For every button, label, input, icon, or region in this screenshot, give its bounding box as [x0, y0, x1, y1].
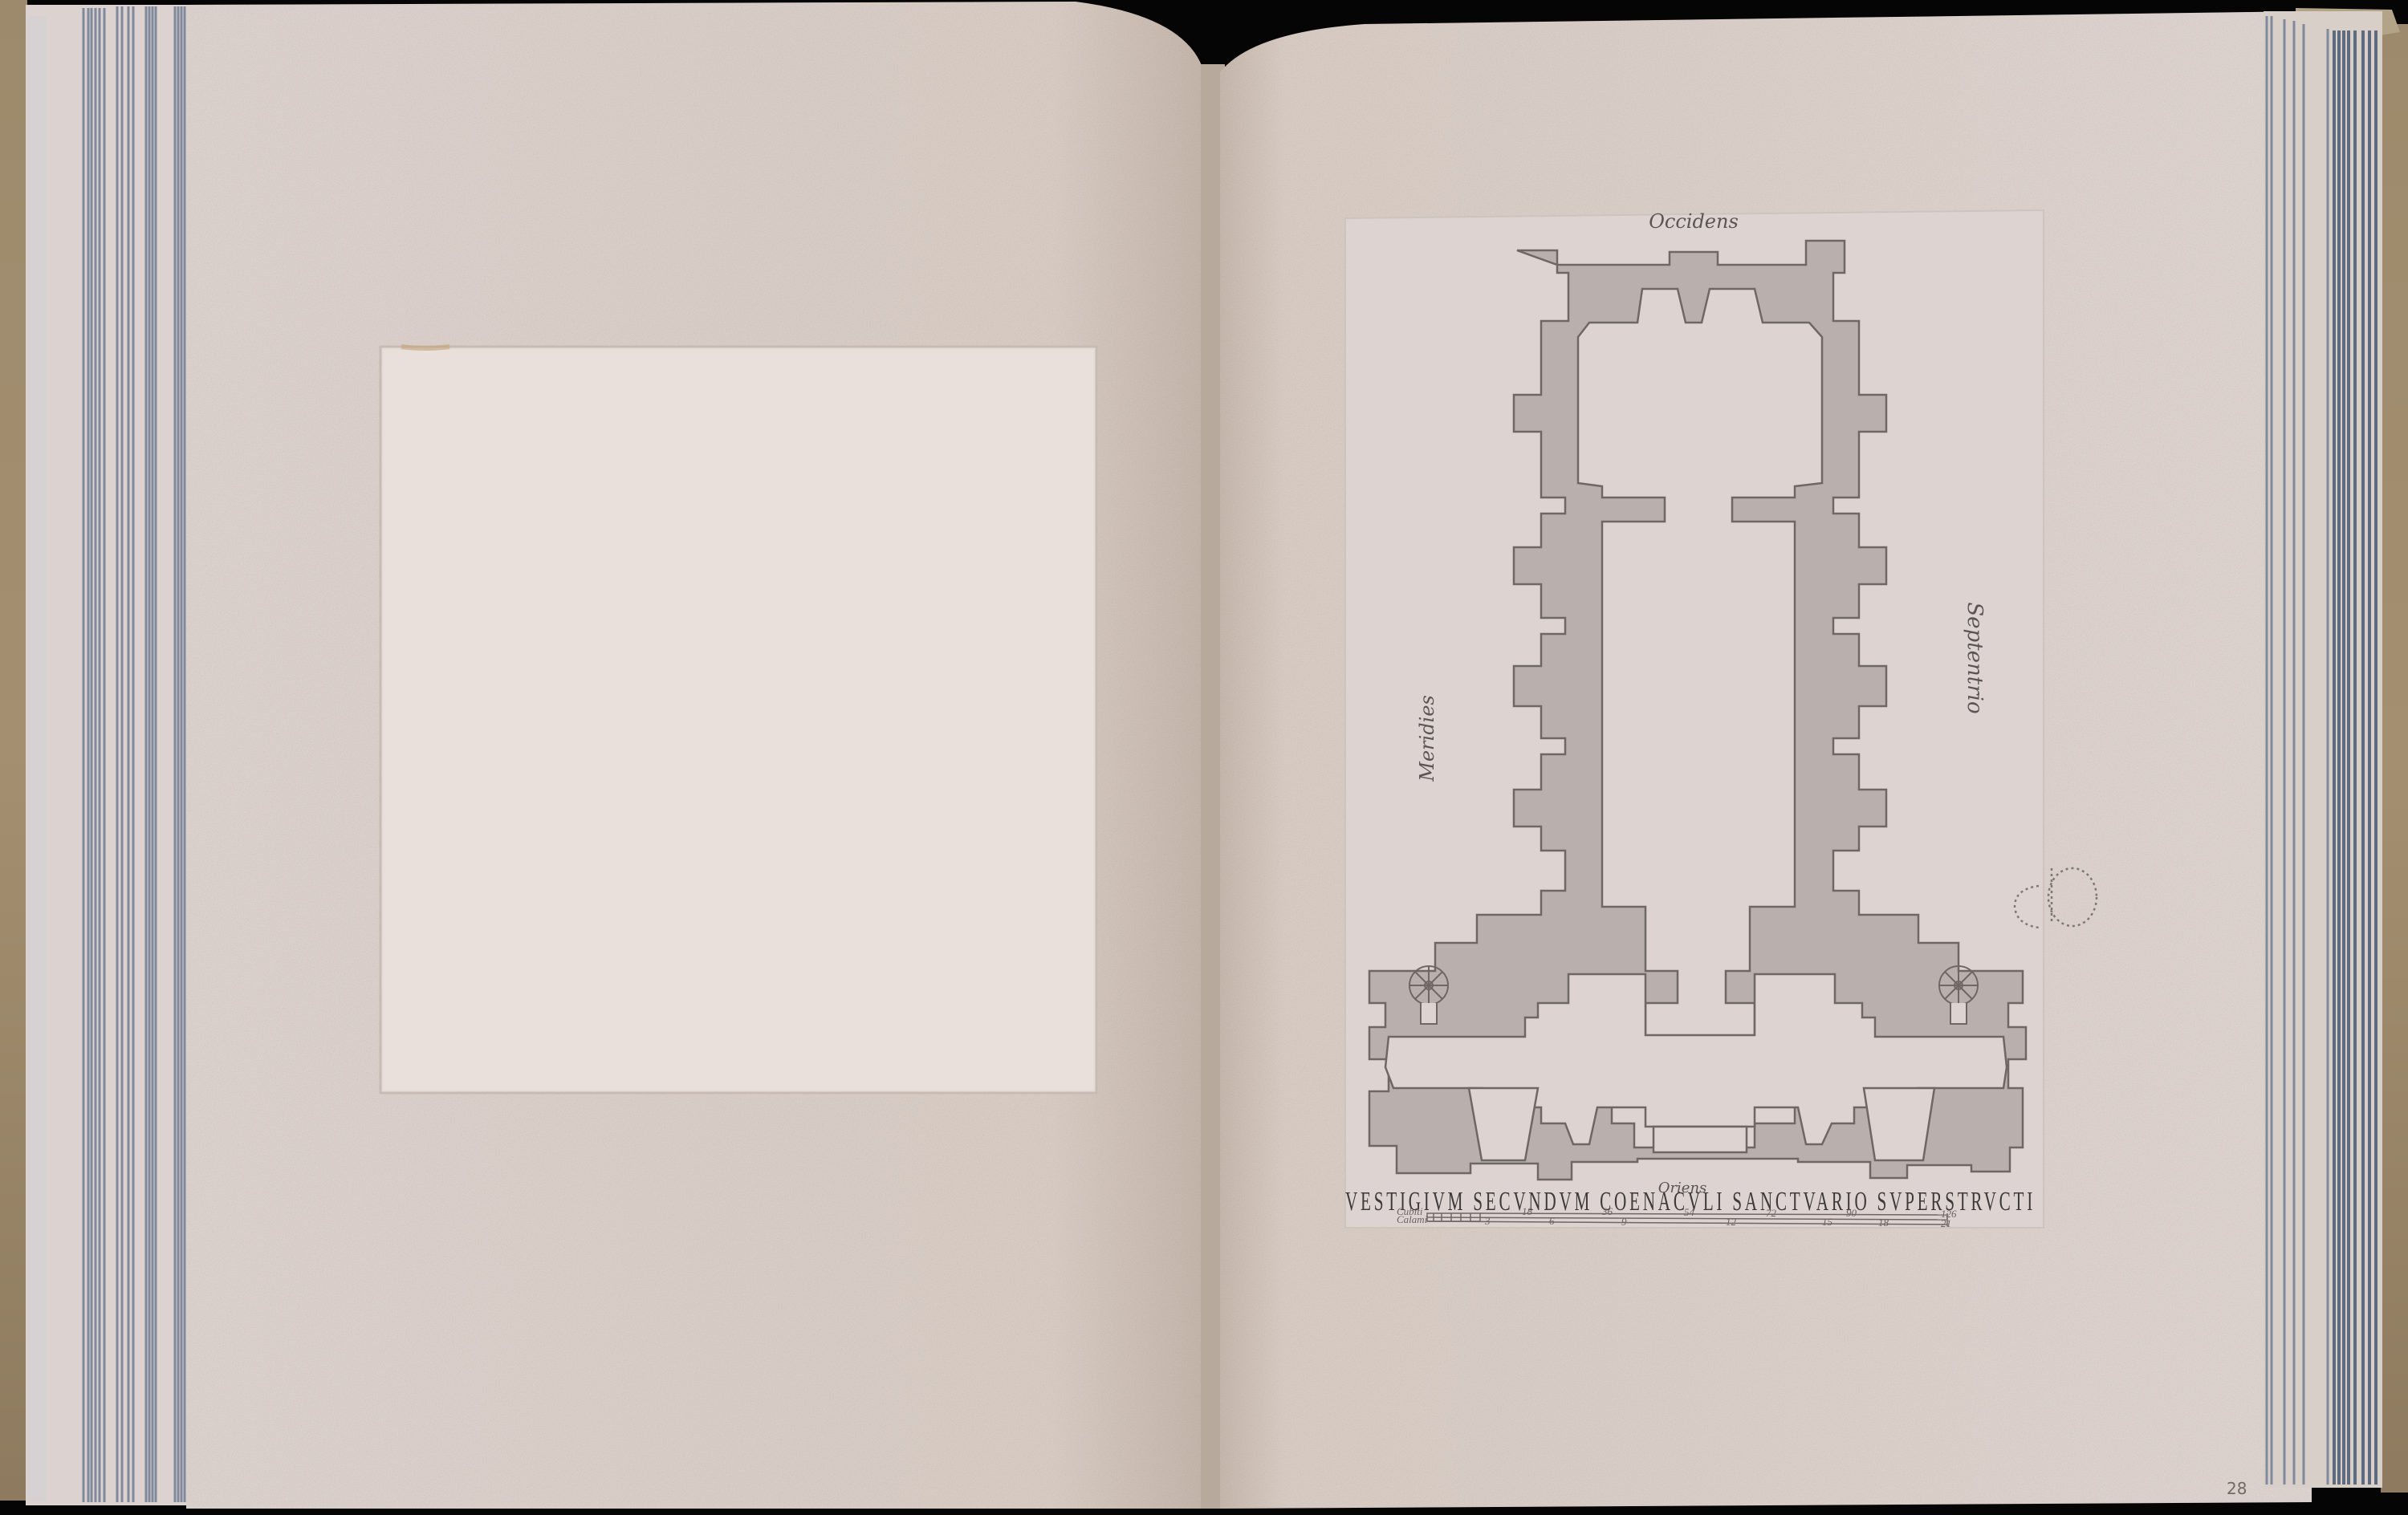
svg-text:18: 18 [1878, 1216, 1889, 1229]
book-spread: Occidens Oriens Meridies Septentrio VEST… [0, 0, 2408, 1515]
folio-number: 28 [2227, 1479, 2247, 1498]
svg-text:6: 6 [1549, 1215, 1555, 1227]
svg-text:21: 21 [1941, 1217, 1951, 1229]
svg-text:12: 12 [1726, 1216, 1737, 1228]
engraved-plate: Occidens Oriens Meridies Septentrio VEST… [1345, 210, 2044, 1229]
svg-text:54: 54 [1684, 1206, 1695, 1218]
left-cover-binding [0, 0, 27, 1501]
svg-text:15: 15 [1822, 1216, 1833, 1228]
right-page-edges [2264, 11, 2382, 1488]
left-page-edges [26, 5, 186, 1505]
svg-text:90: 90 [1846, 1207, 1857, 1219]
label-septentrio: Septentrio [1963, 602, 1987, 713]
svg-text:9: 9 [1621, 1216, 1627, 1228]
left-page [186, 2, 1204, 1509]
label-occidens: Occidens [1649, 210, 1739, 233]
svg-text:Calami: Calami [1397, 1213, 1428, 1225]
svg-text:36: 36 [1601, 1205, 1613, 1217]
label-meridies: Meridies [1416, 695, 1438, 782]
svg-text:72: 72 [1766, 1207, 1777, 1219]
svg-text:3: 3 [1484, 1215, 1491, 1227]
svg-text:18: 18 [1522, 1205, 1533, 1217]
book-spread-svg: Occidens Oriens Meridies Septentrio VEST… [0, 0, 2408, 1515]
